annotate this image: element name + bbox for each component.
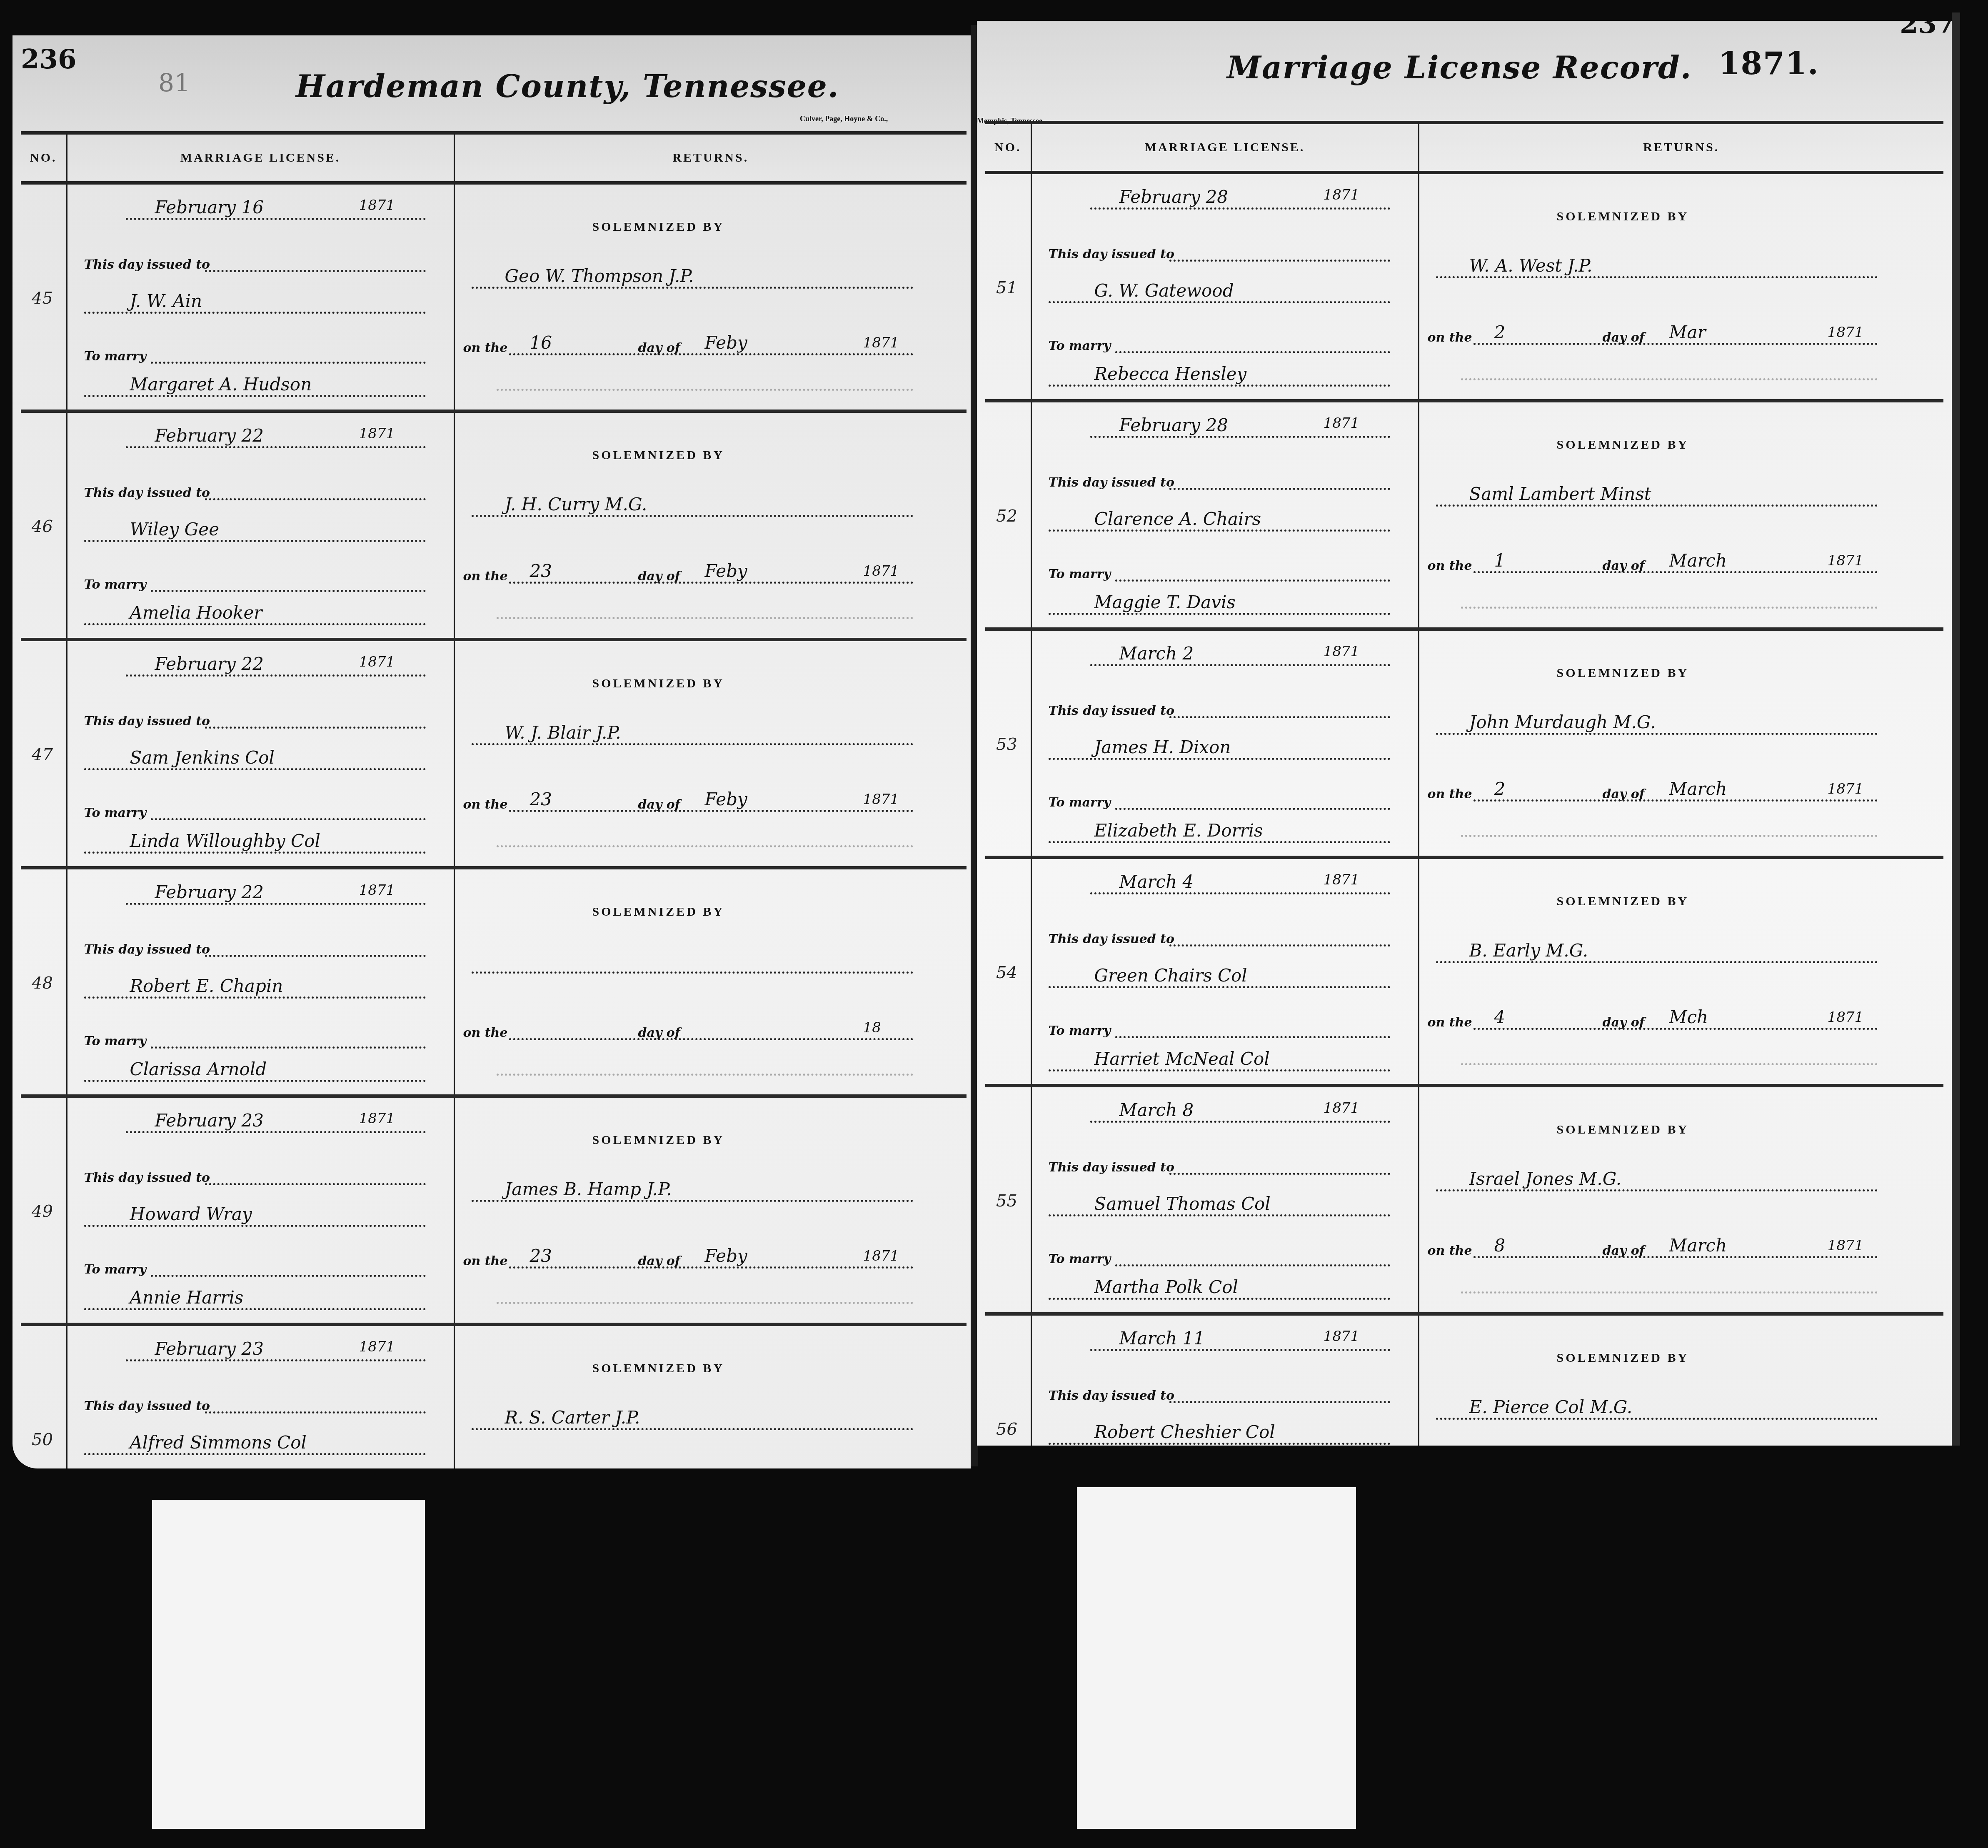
bride-name: Martha Polk Col bbox=[1094, 1277, 1238, 1297]
ledger-entry: 49 February 23 1871 This day issued to H… bbox=[21, 1096, 967, 1324]
license-year: 1871 bbox=[1324, 872, 1360, 888]
license-date: March 11 bbox=[1119, 1328, 1205, 1349]
solemnized-label: SOLEMNIZED BY bbox=[1557, 666, 1689, 680]
return-year: 1871 bbox=[1828, 324, 1864, 341]
bride-name: Elizabeth E. Dorris bbox=[1094, 820, 1263, 841]
solemnized-label: SOLEMNIZED BY bbox=[1557, 1351, 1689, 1365]
bride-name: Linda Willoughby Col bbox=[130, 831, 320, 851]
ledger-entry: 51 February 28 1871 This day issued to G… bbox=[985, 172, 1943, 401]
entry-number: 56 bbox=[996, 1420, 1017, 1439]
solemnized-label: SOLEMNIZED BY bbox=[592, 905, 725, 919]
issued-label: This day issued to bbox=[84, 714, 210, 729]
day-of-label: day of bbox=[1603, 559, 1645, 573]
return-month: Mar bbox=[1669, 322, 1706, 342]
groom-name: Sam Jenkins Col bbox=[130, 747, 275, 768]
solemnized-label: SOLEMNIZED BY bbox=[1557, 438, 1689, 452]
bride-name: Harriet McNeal Col bbox=[1094, 1049, 1270, 1069]
ledger-table-left: NO. MARRIAGE LICENSE. RETURNS. 45 Februa… bbox=[21, 131, 967, 1468]
officiant-name: W. J. Blair J.P. bbox=[505, 722, 621, 743]
issued-label: This day issued to bbox=[84, 1171, 210, 1185]
return-year: 1871 bbox=[1828, 1009, 1864, 1026]
ledger-entry: 52 February 28 1871 This day issued to C… bbox=[985, 401, 1943, 629]
entry-number: 45 bbox=[32, 289, 53, 308]
return-month: March bbox=[1669, 779, 1727, 799]
license-date: February 22 bbox=[155, 425, 264, 446]
return-day: 8 bbox=[1494, 1235, 1506, 1256]
officiant-name: James B. Hamp J.P. bbox=[505, 1179, 672, 1199]
groom-name: James H. Dixon bbox=[1094, 737, 1231, 757]
solemnized-label: SOLEMNIZED BY bbox=[592, 1361, 725, 1376]
bride-name: Maggie T. Davis bbox=[1094, 592, 1236, 612]
on-the-label: on the bbox=[463, 569, 508, 584]
return-year: 1871 bbox=[863, 563, 899, 579]
ledger-entry: 48 February 22 1871 This day issued to R… bbox=[21, 868, 967, 1096]
on-the-label: on the bbox=[1428, 1244, 1472, 1258]
groom-name: Clarence A. Chairs bbox=[1094, 509, 1261, 529]
left-page: 236 81 Hardeman County, Tennessee. Culve… bbox=[12, 35, 971, 1468]
license-date: February 28 bbox=[1119, 187, 1228, 207]
license-date: February 28 bbox=[1119, 415, 1228, 435]
return-month: Feby bbox=[705, 332, 747, 353]
record-year: 1871. bbox=[1718, 46, 1819, 82]
to-marry-label: To marry bbox=[1049, 339, 1111, 353]
entry-number: 50 bbox=[32, 1430, 53, 1449]
bride-name: Rebecca Hensley bbox=[1094, 364, 1247, 384]
on-the-label: on the bbox=[1428, 1015, 1472, 1030]
issued-label: This day issued to bbox=[84, 486, 210, 500]
issued-label: This day issued to bbox=[84, 942, 210, 957]
license-year: 1871 bbox=[359, 1339, 395, 1355]
license-date: February 16 bbox=[155, 197, 264, 217]
on-the-label: on the bbox=[463, 1254, 508, 1269]
groom-name: Robert E. Chapin bbox=[130, 976, 283, 996]
ledger-entry: 47 February 22 1871 This day issued to S… bbox=[21, 639, 967, 868]
officiant-name: Israel Jones M.G. bbox=[1469, 1169, 1622, 1189]
return-year: 18 bbox=[863, 1019, 881, 1036]
officiant-name: Geo W. Thompson J.P. bbox=[505, 266, 694, 286]
day-of-label: day of bbox=[1603, 1015, 1645, 1030]
license-year: 1871 bbox=[1324, 415, 1360, 432]
return-day: 1 bbox=[1494, 550, 1506, 571]
day-of-label: day of bbox=[638, 341, 680, 355]
officiant-name: W. A. West J.P. bbox=[1469, 255, 1593, 276]
margin-mark: 81 bbox=[158, 69, 190, 98]
header-returns: RETURNS. bbox=[1419, 122, 1943, 172]
entry-number: 48 bbox=[32, 974, 53, 993]
license-year: 1871 bbox=[1324, 1328, 1360, 1345]
license-year: 1871 bbox=[359, 197, 395, 214]
printer-imprint: Culver, Page, Hoyne & Co., bbox=[800, 115, 888, 123]
to-marry-label: To marry bbox=[84, 577, 147, 592]
issued-label: This day issued to bbox=[1049, 1388, 1175, 1403]
return-month: March bbox=[1669, 1235, 1727, 1256]
license-year: 1871 bbox=[359, 654, 395, 670]
return-month: Mch bbox=[1669, 1007, 1708, 1027]
groom-name: J. W. Ain bbox=[130, 291, 202, 311]
issued-label: This day issued to bbox=[1049, 1160, 1175, 1175]
officiant-name: J. H. Curry M.G. bbox=[505, 494, 647, 514]
to-marry-label: To marry bbox=[84, 1262, 147, 1277]
entry-number: 49 bbox=[32, 1202, 53, 1221]
solemnized-label: SOLEMNIZED BY bbox=[1557, 894, 1689, 909]
entry-number: 55 bbox=[996, 1191, 1017, 1211]
ledger-entry: 56 March 11 1871 This day issued to Robe… bbox=[985, 1314, 1943, 1446]
on-the-label: on the bbox=[463, 797, 508, 812]
header-returns: RETURNS. bbox=[454, 133, 967, 183]
license-year: 1871 bbox=[359, 425, 395, 442]
return-year: 1871 bbox=[863, 791, 899, 808]
officiant-name: E. Pierce Col M.G. bbox=[1469, 1397, 1633, 1417]
return-year: 1871 bbox=[863, 335, 899, 351]
groom-name: Howard Wray bbox=[130, 1204, 252, 1224]
return-day: 23 bbox=[530, 789, 552, 809]
return-month: Feby bbox=[705, 789, 747, 809]
day-of-label: day of bbox=[638, 569, 680, 584]
groom-name: Samuel Thomas Col bbox=[1094, 1194, 1271, 1214]
ledger-entry: 46 February 22 1871 This day issued to W… bbox=[21, 411, 967, 639]
to-marry-label: To marry bbox=[1049, 567, 1111, 582]
entry-number: 52 bbox=[996, 507, 1017, 526]
return-year: 1871 bbox=[1828, 552, 1864, 569]
bride-name: Annie Harris bbox=[130, 1287, 244, 1308]
bride-name: Margaret A. Hudson bbox=[130, 374, 312, 395]
return-day: 23 bbox=[530, 1246, 552, 1266]
groom-name: G. W. Gatewood bbox=[1094, 280, 1234, 301]
issued-label: This day issued to bbox=[84, 257, 210, 272]
return-month: March bbox=[1669, 550, 1727, 571]
license-year: 1871 bbox=[1324, 187, 1360, 203]
return-day: 23 bbox=[530, 561, 552, 581]
license-date: February 22 bbox=[155, 882, 264, 902]
license-year: 1871 bbox=[1324, 1100, 1360, 1116]
to-marry-label: To marry bbox=[1049, 795, 1111, 810]
officiant-name: B. Early M.G. bbox=[1469, 940, 1588, 961]
entry-number: 53 bbox=[996, 735, 1017, 754]
solemnized-label: SOLEMNIZED BY bbox=[592, 220, 725, 234]
return-year: 1871 bbox=[1828, 1237, 1864, 1254]
bride-name: Clarissa Arnold bbox=[130, 1059, 267, 1079]
header-license: MARRIAGE LICENSE. bbox=[67, 133, 454, 183]
to-marry-label: To marry bbox=[84, 1034, 147, 1049]
header-license: MARRIAGE LICENSE. bbox=[1031, 122, 1419, 172]
license-date: March 4 bbox=[1119, 872, 1194, 892]
page-title: Hardeman County, Tennessee. bbox=[296, 69, 839, 105]
day-of-label: day of bbox=[1603, 1244, 1645, 1258]
solemnized-label: SOLEMNIZED BY bbox=[592, 448, 725, 462]
groom-name: Wiley Gee bbox=[130, 519, 220, 539]
return-month: Feby bbox=[705, 561, 747, 581]
solemnized-label: SOLEMNIZED BY bbox=[592, 1133, 725, 1147]
entry-number: 51 bbox=[996, 278, 1017, 297]
issued-label: This day issued to bbox=[1049, 475, 1175, 490]
to-marry-label: To marry bbox=[1049, 1024, 1111, 1038]
solemnized-label: SOLEMNIZED BY bbox=[592, 677, 725, 691]
license-year: 1871 bbox=[1324, 643, 1360, 660]
entry-number: 54 bbox=[996, 963, 1017, 982]
issued-label: This day issued to bbox=[1049, 247, 1175, 262]
day-of-label: day of bbox=[638, 1026, 680, 1040]
on-the-label: on the bbox=[463, 341, 508, 355]
issued-label: This day issued to bbox=[1049, 704, 1175, 718]
page-number: 237 bbox=[1900, 21, 1952, 40]
return-day: 2 bbox=[1494, 322, 1506, 342]
to-marry-label: To marry bbox=[1049, 1252, 1111, 1266]
solemnized-label: SOLEMNIZED BY bbox=[1557, 1123, 1689, 1137]
return-day: 16 bbox=[530, 332, 552, 353]
day-of-label: day of bbox=[1603, 787, 1645, 802]
return-day: 4 bbox=[1494, 1007, 1506, 1027]
solemnized-label: SOLEMNIZED BY bbox=[1557, 210, 1689, 224]
officiant-name: John Murdaugh M.G. bbox=[1469, 712, 1656, 732]
groom-name: Alfred Simmons Col bbox=[130, 1432, 307, 1453]
return-year: 1871 bbox=[863, 1248, 899, 1264]
entry-number: 47 bbox=[32, 745, 53, 764]
day-of-label: day of bbox=[1603, 330, 1645, 345]
license-date: February 22 bbox=[155, 654, 264, 674]
issued-label: This day issued to bbox=[1049, 932, 1175, 946]
license-year: 1871 bbox=[359, 882, 395, 899]
return-year: 1871 bbox=[1828, 781, 1864, 797]
ledger-table-right: NO. MARRIAGE LICENSE. RETURNS. 51 Februa… bbox=[985, 121, 1943, 1446]
issued-label: This day issued to bbox=[84, 1399, 210, 1413]
ledger-entry: 53 March 2 1871 This day issued to James… bbox=[985, 629, 1943, 857]
bride-name: Amelia Hooker bbox=[130, 602, 262, 623]
day-of-label: day of bbox=[638, 797, 680, 812]
to-marry-label: To marry bbox=[84, 806, 147, 820]
return-month: Feby bbox=[705, 1246, 747, 1266]
on-the-label: on the bbox=[1428, 559, 1472, 573]
officiant-name: Saml Lambert Minst bbox=[1469, 484, 1651, 504]
day-of-label: day of bbox=[638, 1254, 680, 1269]
page-number: 236 bbox=[21, 44, 77, 75]
on-the-label: on the bbox=[1428, 330, 1472, 345]
book-edge bbox=[1952, 12, 1960, 1446]
page-title: Marriage License Record. bbox=[1227, 50, 1692, 86]
header-no: NO. bbox=[21, 133, 67, 183]
entry-number: 46 bbox=[32, 517, 53, 536]
license-date: March 8 bbox=[1119, 1100, 1194, 1120]
ledger-entry: 45 February 16 1871 This day issued to J… bbox=[21, 183, 967, 411]
groom-name: Robert Cheshier Col bbox=[1094, 1422, 1275, 1442]
header-no: NO. bbox=[985, 122, 1031, 172]
groom-name: Green Chairs Col bbox=[1094, 965, 1247, 986]
to-marry-label: To marry bbox=[84, 349, 147, 364]
right-page: Marriage License Record. 1871. 237 Memph… bbox=[977, 21, 1952, 1446]
license-year: 1871 bbox=[359, 1110, 395, 1127]
license-date: February 23 bbox=[155, 1339, 264, 1359]
officiant-name: R. S. Carter J.P. bbox=[505, 1407, 640, 1428]
ledger-entry: 50 February 23 1871 This day issued to A… bbox=[21, 1324, 967, 1468]
ledger-entry: 54 March 4 1871 This day issued to Green… bbox=[985, 857, 1943, 1086]
on-the-label: on the bbox=[463, 1026, 508, 1040]
ledger-entry: 55 March 8 1871 This day issued to Samue… bbox=[985, 1086, 1943, 1314]
paper-slip-left bbox=[152, 1500, 425, 1829]
on-the-label: on the bbox=[1428, 787, 1472, 802]
license-date: February 23 bbox=[155, 1110, 264, 1131]
paper-slip-right bbox=[1077, 1487, 1356, 1829]
license-date: March 2 bbox=[1119, 643, 1194, 664]
return-day: 2 bbox=[1494, 779, 1506, 799]
